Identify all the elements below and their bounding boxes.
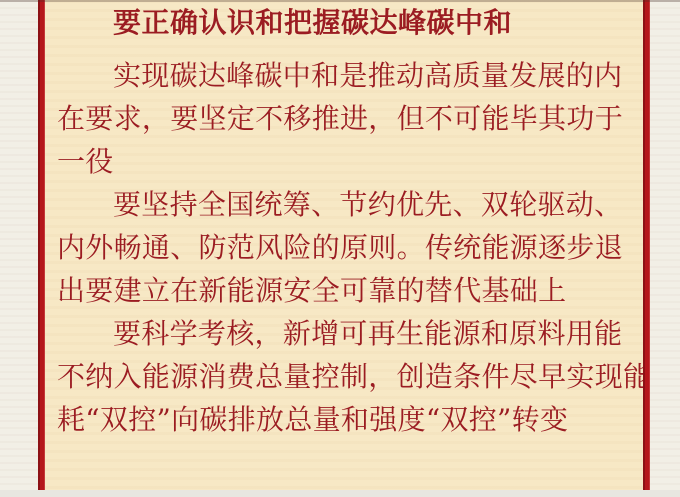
right-border-line: [643, 0, 650, 490]
content-panel: 要正确认识和把握碳达峰碳中和 实现碳达峰碳中和是推动高质量发展的内 在要求，要坚…: [45, 0, 643, 490]
left-border-line: [38, 0, 45, 490]
text-line: 内外畅通、防范风险的原则。传统能源逐步退: [57, 226, 633, 269]
text-line: 要坚持全国统筹、节约优先、双轮驱动、: [57, 183, 633, 226]
text-line: 出要建立在新能源安全可靠的替代基础上: [57, 269, 633, 312]
document-heading: 要正确认识和把握碳达峰碳中和: [57, 2, 633, 44]
text-line: 实现碳达峰碳中和是推动高质量发展的内: [57, 54, 633, 97]
paragraph: 实现碳达峰碳中和是推动高质量发展的内 在要求，要坚定不移推进，但不可能毕其功于 …: [57, 54, 633, 183]
text-line: 要科学考核，新增可再生能源和原料用能: [57, 312, 633, 355]
text-line: 不纳入能源消费总量控制，创造条件尽早实现能: [57, 355, 633, 398]
text-line: 耗“双控”向碳排放总量和强度“双控”转变: [57, 398, 633, 441]
paragraph: 要科学考核，新增可再生能源和原料用能 不纳入能源消费总量控制，创造条件尽早实现能…: [57, 312, 633, 441]
poster: 要正确认识和把握碳达峰碳中和 实现碳达峰碳中和是推动高质量发展的内 在要求，要坚…: [0, 0, 680, 497]
paragraph: 要坚持全国统筹、节约优先、双轮驱动、 内外畅通、防范风险的原则。传统能源逐步退 …: [57, 183, 633, 312]
top-crop-edge: [0, 0, 680, 2]
text-line: 在要求，要坚定不移推进，但不可能毕其功于: [57, 97, 633, 140]
bottom-crop-strip: [0, 490, 680, 497]
text-line: 一役: [57, 140, 633, 183]
